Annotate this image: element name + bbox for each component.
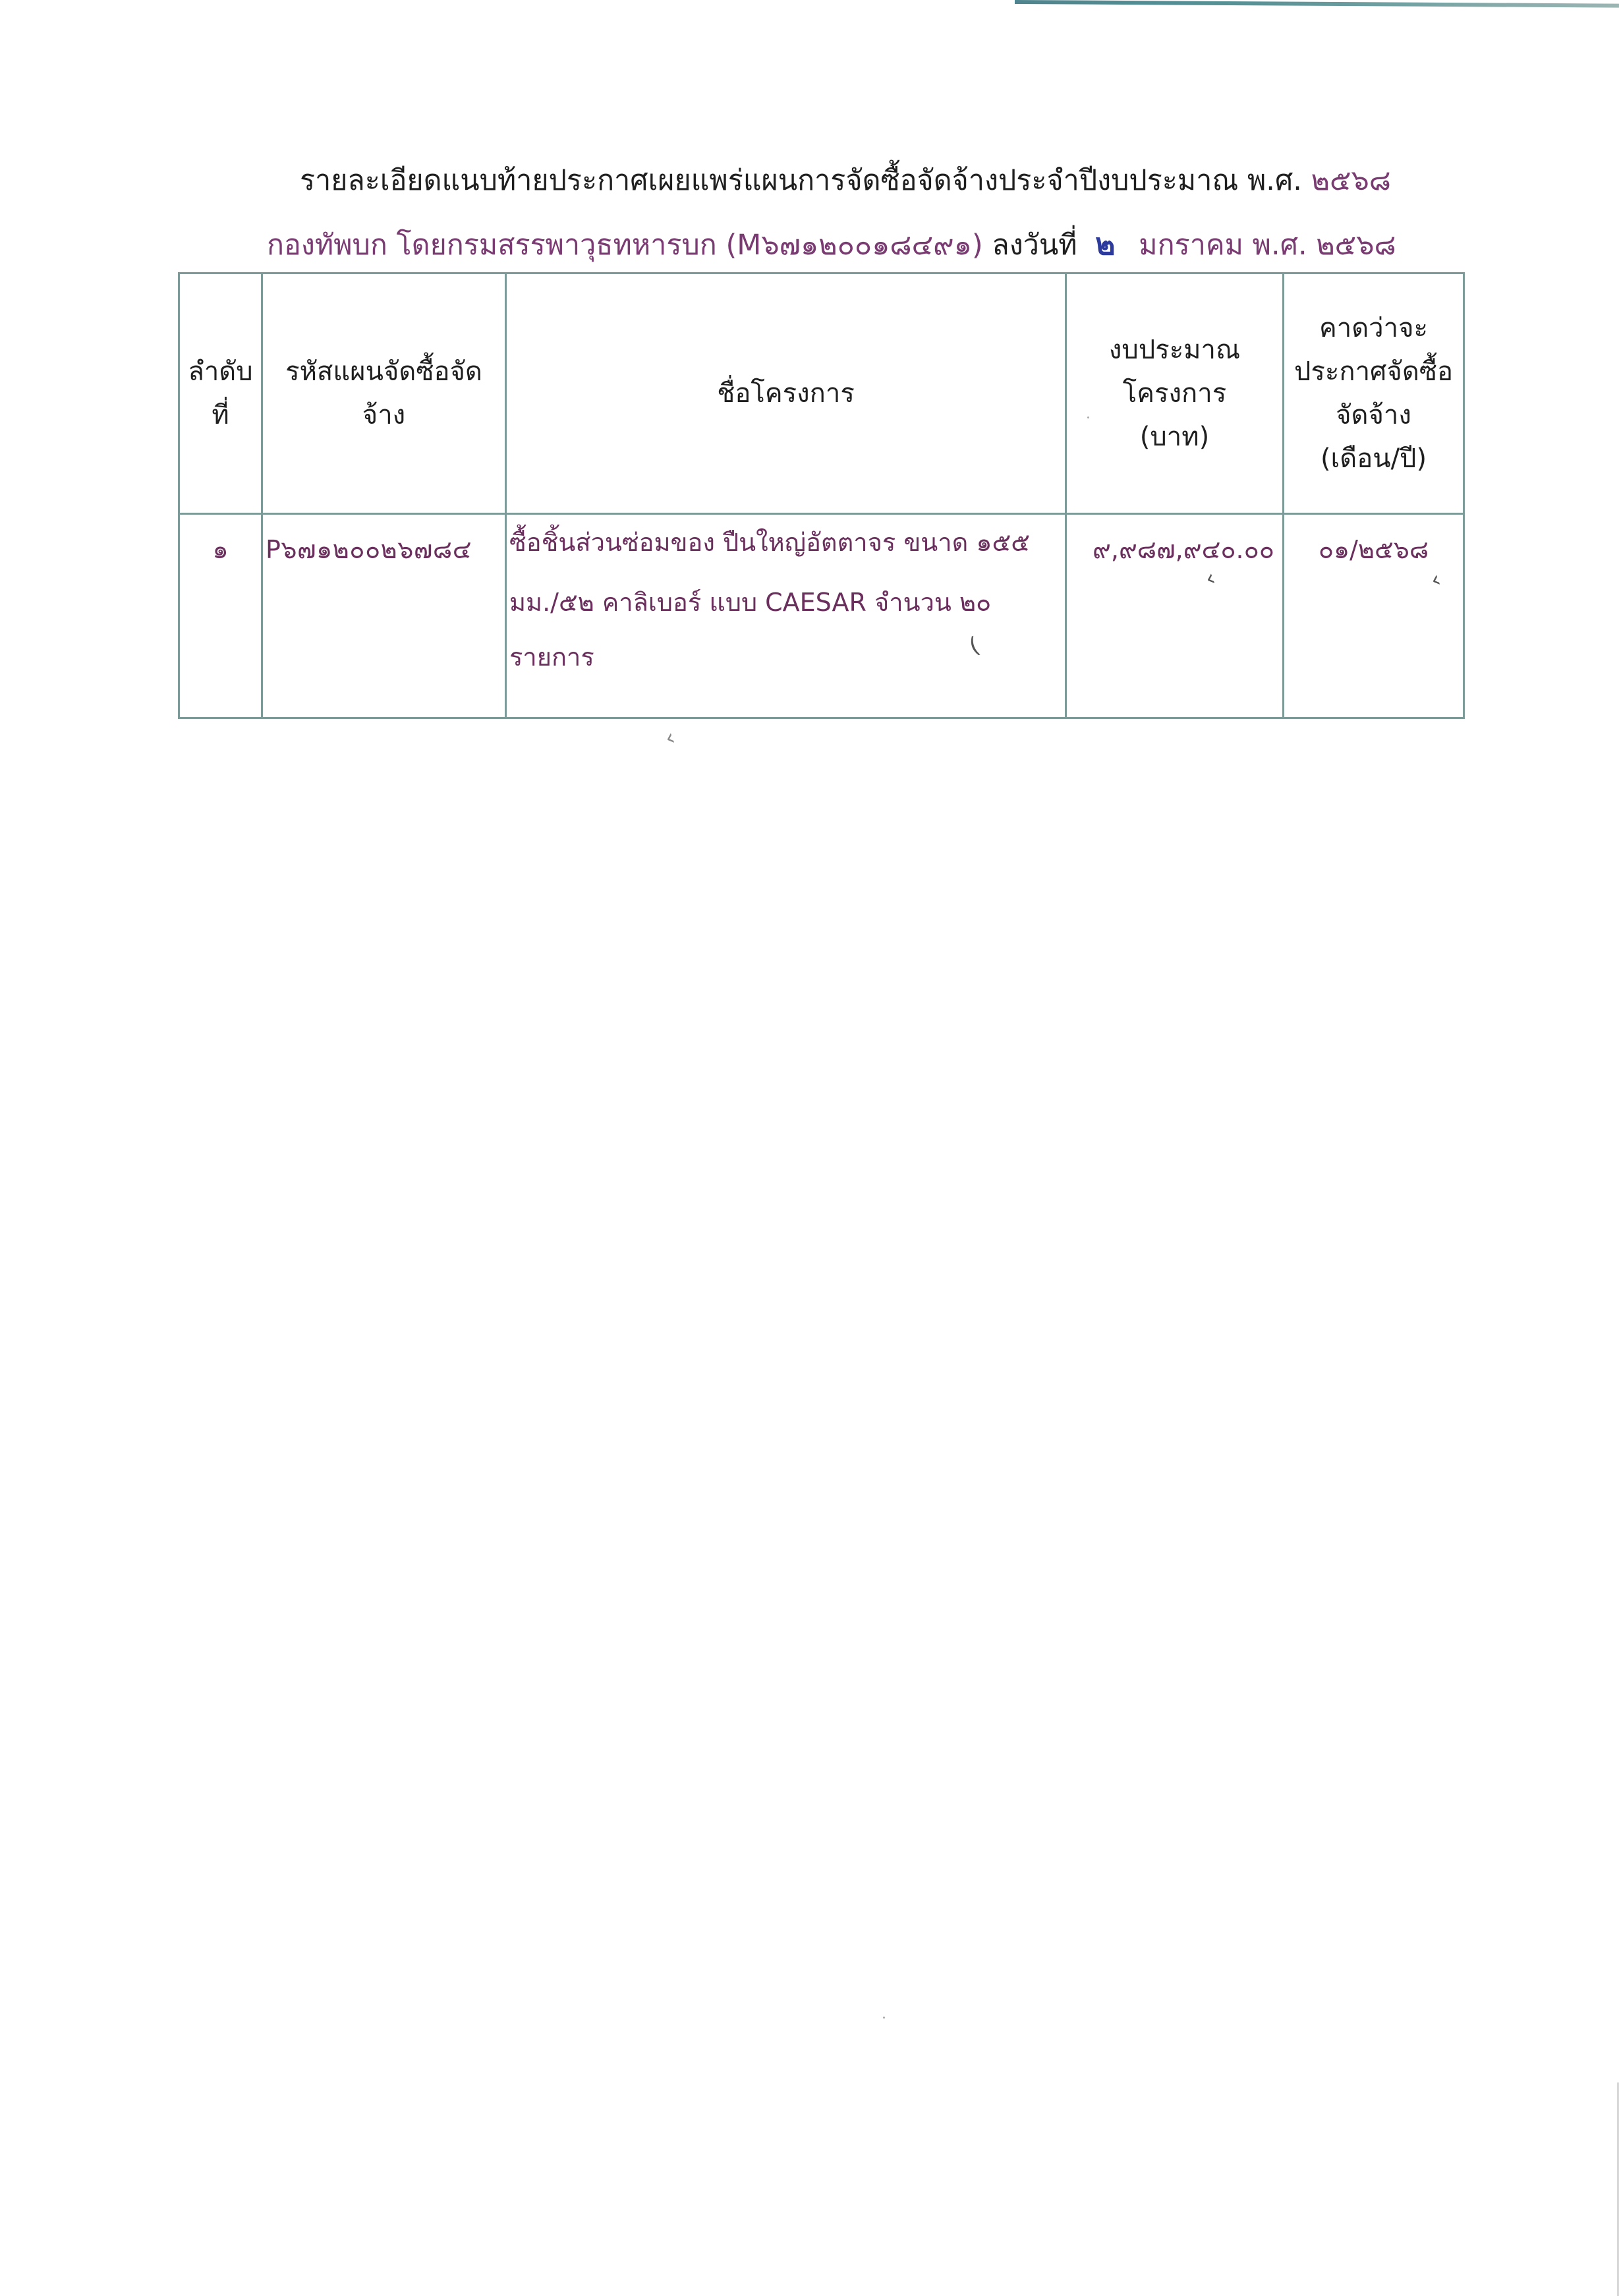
document-title: รายละเอียดแนบท้ายประกาศเผยแพร่แผนการจัดซ… (300, 167, 1391, 195)
handwritten-day: ๒ (1095, 229, 1115, 259)
month-year: มกราคม พ.ศ. ๒๕๖๘ (1139, 229, 1396, 262)
header-budget: งบประมาณ โครงการ (บาท) (1066, 273, 1284, 514)
procurement-plan-table: ลำดับ ที่ รหัสแผนจัดซื้อจัด จ้าง ชื่อโคร… (178, 272, 1465, 719)
table-row: ๑ P๖๗๑๒๐๐๒๖๗๘๔ ซื้อชิ้นส่วนซ่อมของ ปืนให… (179, 514, 1464, 718)
table-header-row: ลำดับ ที่ รหัสแผนจัดซื้อจัด จ้าง ชื่อโคร… (179, 273, 1464, 514)
header-expected-date-line-1: คาดว่าจะ (1284, 306, 1463, 350)
project-name-line-1: ซื้อชิ้นส่วนซ่อมของ ปืนใหญ่อัตตาจร ขนาด … (509, 529, 1058, 556)
header-plan-code-line-2: จ้าง (263, 393, 505, 437)
header-no-line-1: ลำดับ (180, 350, 261, 393)
header-project-name-text: ชื่อโครงการ (507, 372, 1065, 415)
title-text: รายละเอียดแนบท้ายประกาศเผยแพร่แผนการจัดซ… (300, 164, 1302, 197)
header-budget-line-2: โครงการ (1067, 372, 1282, 415)
project-name-line-2: มม./๕๒ คาลิเบอร์ แบบ CAESAR จำนวน ๒๐ (509, 588, 991, 617)
header-expected-date-line-4: (เดือน/ปี) (1284, 437, 1463, 480)
cell-no: ๑ (179, 514, 262, 718)
check-mark-icon: ‹ (662, 724, 679, 752)
header-no: ลำดับ ที่ (179, 273, 262, 514)
header-expected-date-line-3: จัดจ้าง (1284, 393, 1463, 437)
header-no-line-2: ที่ (180, 393, 261, 437)
header-plan-code: รหัสแผนจัดซื้อจัด จ้าง (262, 273, 506, 514)
header-expected-date-line-2: ประกาศจัดซื้อ (1284, 350, 1463, 393)
scan-speck (1087, 416, 1089, 418)
cell-expected-date: ๐๑/๒๕๖๘ (1284, 514, 1464, 718)
procurement-plan-table-wrapper: ลำดับ ที่ รหัสแผนจัดซื้อจัด จ้าง ชื่อโคร… (178, 272, 1463, 719)
header-expected-date: คาดว่าจะ ประกาศจัดซื้อ จัดจ้าง (เดือน/ปี… (1284, 273, 1464, 514)
date-prefix: ลงวันที่ (992, 229, 1077, 262)
project-name-line-3: รายการ (509, 643, 594, 672)
header-budget-line-1: งบประมาณ (1067, 328, 1282, 372)
scan-speck (883, 2017, 885, 2019)
cell-project-name: ซื้อชิ้นส่วนซ่อมของ ปืนใหญ่อัตตาจร ขนาด … (506, 514, 1066, 718)
document-subtitle: กองทัพบก โดยกรมสรรพาวุธทหารบก (M๖๗๑๒๐๐๑๘… (267, 229, 1396, 260)
scan-edge-artifact (1015, 0, 1619, 8)
organization: กองทัพบก โดยกรมสรรพาวุธทหารบก (M๖๗๑๒๐๐๑๘… (267, 229, 983, 262)
header-plan-code-line-1: รหัสแผนจัดซื้อจัด (263, 350, 505, 393)
header-project-name: ชื่อโครงการ (506, 273, 1066, 514)
cell-budget: ๙,๙๘๗,๙๔๐.๐๐ (1066, 514, 1284, 718)
fiscal-year: ๒๕๖๘ (1311, 164, 1391, 197)
header-budget-line-3: (บาท) (1067, 415, 1282, 459)
cell-plan-code: P๖๗๑๒๐๐๒๖๗๘๔ (262, 514, 506, 718)
